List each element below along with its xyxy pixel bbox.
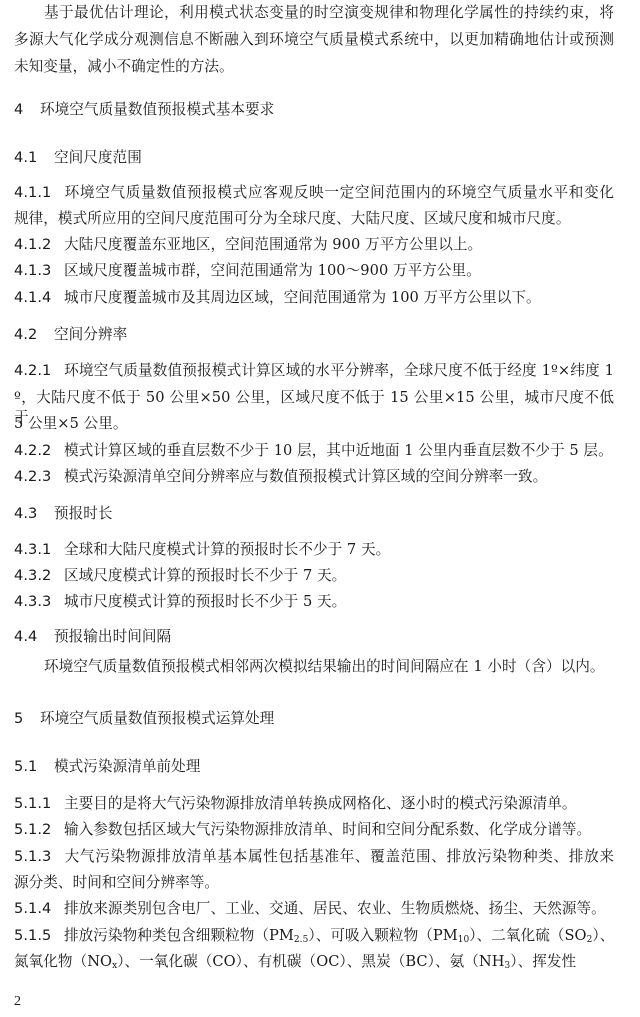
section-number: 5: [14, 709, 40, 729]
clause-text-b: ）、可吸入颗粒物（PM: [308, 927, 457, 944]
clause-5-1-3-cont: 源分类、时间和空间分辨率等。: [14, 873, 614, 893]
clause-text-g: ）、挥发性: [510, 953, 576, 970]
clause-text-f: ）、一氧化碳（CO）、有机碳（OC）、黑炭（BC）、氨（NH: [117, 953, 504, 970]
clause-text-e: 氮氧化物（NO: [14, 953, 112, 970]
clause-5-1-4: 5.1.4排放来源类别包含电厂、工业、交通、居民、农业、生物质燃烧、扬尘、天然源…: [14, 899, 614, 919]
clause-number: 4.2.1: [14, 361, 64, 381]
clause-text: 城市尺度覆盖城市及其周边区域，空间范围通常为 100 万平方公里以下。: [64, 289, 541, 306]
clause-text: 全球和大陆尺度模式计算的预报时长不少于 7 天。: [64, 541, 390, 558]
clause-number: 4.1.4: [14, 288, 64, 308]
clause-5-1-5-cont: 氮氧化物（NOx）、一氧化碳（CO）、有机碳（OC）、黑炭（BC）、氨（NH3）…: [14, 952, 614, 972]
clause-number: 4.3.2: [14, 566, 64, 586]
clause-4-1-1: 4.1.1环境空气质量数值预报模式应客观反映一定空间范围内的环境空气质量水平和变…: [14, 183, 614, 203]
intro-line-2: 多源大气化学成分观测信息不断融入到环境空气质量模式系统中，以更加精确地估计或预测: [14, 30, 614, 50]
clause-text: 区域尺度覆盖城市群，空间范围通常为 100～900 万平方公里。: [64, 262, 481, 279]
clause-number: 4.3.3: [14, 592, 64, 612]
clause-4-2-1-cont-2: 5 公里×5 公里。: [14, 414, 614, 434]
clause-text: 主要目的是将大气污染物源排放清单转换成网格化、逐小时的模式污染源清单。: [64, 795, 577, 812]
paragraph-4-4: 环境空气质量数值预报模式相邻两次模拟结果输出的时间间隔应在 1 小时（含）以内。: [14, 657, 614, 677]
subsection-heading: 5.1模式污染源清单前处理: [14, 757, 614, 777]
clause-4-2-1: 4.2.1环境空气质量数值预报模式计算区域的水平分辨率，全球尺度不低于经度 1º…: [14, 361, 614, 381]
clause-text: 输入参数包括区域大气污染物源排放清单、时间和空间分配系数、化学成分谱等。: [64, 821, 591, 838]
clause-number: 5.1.5: [14, 926, 64, 946]
clause-text: 大气污染物源排放清单基本属性包括基准年、覆盖范围、排放污染物种类、排放来: [64, 848, 614, 865]
clause-text-c: ）、二氧化硫（SO: [469, 927, 586, 944]
subsection-number: 4.4: [14, 627, 54, 647]
clause-number: 5.1.1: [14, 794, 64, 814]
clause-text: 环境空气质量数值预报模式应客观反映一定空间范围内的环境空气质量水平和变化: [64, 184, 614, 201]
subsection-title: 模式污染源清单前处理: [54, 758, 200, 775]
section-heading: 4环境空气质量数值预报模式基本要求: [14, 100, 614, 120]
section-title: 环境空气质量数值预报模式运算处理: [40, 710, 274, 727]
clause-4-1-1-cont: 规律，模式所应用的空间尺度范围可分为全球尺度、大陆尺度、区域尺度和城市尺度。: [14, 209, 614, 229]
subsection-number: 5.1: [14, 757, 54, 777]
subsection-title: 预报时长: [54, 505, 113, 522]
clause-text: 模式污染源清单空间分辨率应与数值预报模式计算区域的空间分辨率一致。: [64, 468, 547, 485]
clause-5-1-5: 5.1.5排放污染物种类包含细颗粒物（PM2.5）、可吸入颗粒物（PM10）、二…: [14, 926, 614, 946]
clause-4-3-1: 4.3.1全球和大陆尺度模式计算的预报时长不少于 7 天。: [14, 540, 614, 560]
page-number: 2: [14, 994, 21, 1010]
clause-number: 4.2.3: [14, 467, 64, 487]
subsection-number: 4.3: [14, 504, 54, 524]
subsection-heading: 4.4预报输出时间间隔: [14, 627, 614, 647]
intro-line-1: 基于最优估计理论，利用模式状态变量的时空演变规律和物理化学属性的持续约束，将: [14, 3, 614, 23]
clause-5-1-2: 5.1.2输入参数包括区域大气污染物源排放清单、时间和空间分配系数、化学成分谱等…: [14, 820, 614, 840]
clause-number: 4.1.3: [14, 261, 64, 281]
clause-text: 排放来源类别包含电厂、工业、交通、居民、农业、生物质燃烧、扬尘、天然源等。: [64, 900, 606, 917]
subscript: 2.5: [294, 935, 308, 945]
clause-number: 4.1.1: [14, 183, 64, 203]
clause-text: 城市尺度模式计算的预报时长不少于 5 天。: [64, 593, 346, 610]
clause-4-1-2: 4.1.2大陆尺度覆盖东亚地区，空间范围通常为 900 万平方公里以上。: [14, 235, 614, 255]
clause-4-2-3: 4.2.3模式污染源清单空间分辨率应与数值预报模式计算区域的空间分辨率一致。: [14, 467, 614, 487]
clause-text: 大陆尺度覆盖东亚地区，空间范围通常为 900 万平方公里以上。: [64, 236, 482, 253]
subsection-heading: 4.2空间分辨率: [14, 325, 614, 345]
clause-4-1-4: 4.1.4城市尺度覆盖城市及其周边区域，空间范围通常为 100 万平方公里以下。: [14, 288, 614, 308]
clause-text: 模式计算区域的垂直层数不少于 10 层，其中近地面 1 公里内垂直层数不少于 5…: [64, 442, 613, 459]
subsection-number: 4.1: [14, 148, 54, 168]
clause-4-3-2: 4.3.2区域尺度模式计算的预报时长不少于 7 天。: [14, 566, 614, 586]
clause-text: 区域尺度模式计算的预报时长不少于 7 天。: [64, 567, 346, 584]
subsection-title: 空间分辨率: [54, 326, 127, 343]
subsection-heading: 4.1空间尺度范围: [14, 148, 614, 168]
clause-number: 4.3.1: [14, 540, 64, 560]
clause-4-1-3: 4.1.3区域尺度覆盖城市群，空间范围通常为 100～900 万平方公里。: [14, 261, 614, 281]
clause-4-2-2: 4.2.2模式计算区域的垂直层数不少于 10 层，其中近地面 1 公里内垂直层数…: [14, 441, 614, 461]
subsection-title: 空间尺度范围: [54, 149, 142, 166]
section-heading: 5环境空气质量数值预报模式运算处理: [14, 709, 614, 729]
clause-text: 环境空气质量数值预报模式计算区域的水平分辨率，全球尺度不低于经度 1º×纬度 1: [64, 362, 614, 379]
section-title: 环境空气质量数值预报模式基本要求: [40, 101, 274, 118]
subsection-number: 4.2: [14, 325, 54, 345]
clause-5-1-3: 5.1.3大气污染物源排放清单基本属性包括基准年、覆盖范围、排放污染物种类、排放…: [14, 847, 614, 867]
clause-number: 4.1.2: [14, 235, 64, 255]
subscript: 10: [458, 935, 470, 945]
clause-text-a: 排放污染物种类包含细颗粒物（PM: [64, 927, 294, 944]
section-number: 4: [14, 100, 40, 120]
subsection-heading: 4.3预报时长: [14, 504, 614, 524]
clause-text-d: ）、: [592, 927, 614, 944]
clause-5-1-1: 5.1.1主要目的是将大气污染物源排放清单转换成网格化、逐小时的模式污染源清单。: [14, 794, 614, 814]
subsection-title: 预报输出时间间隔: [54, 628, 171, 645]
clause-number: 4.2.2: [14, 441, 64, 461]
clause-number: 5.1.2: [14, 820, 64, 840]
clause-number: 5.1.3: [14, 847, 64, 867]
intro-line-3: 未知变量，减小不确定性的方法。: [14, 57, 614, 77]
clause-4-3-3: 4.3.3城市尺度模式计算的预报时长不少于 5 天。: [14, 592, 614, 612]
clause-number: 5.1.4: [14, 899, 64, 919]
